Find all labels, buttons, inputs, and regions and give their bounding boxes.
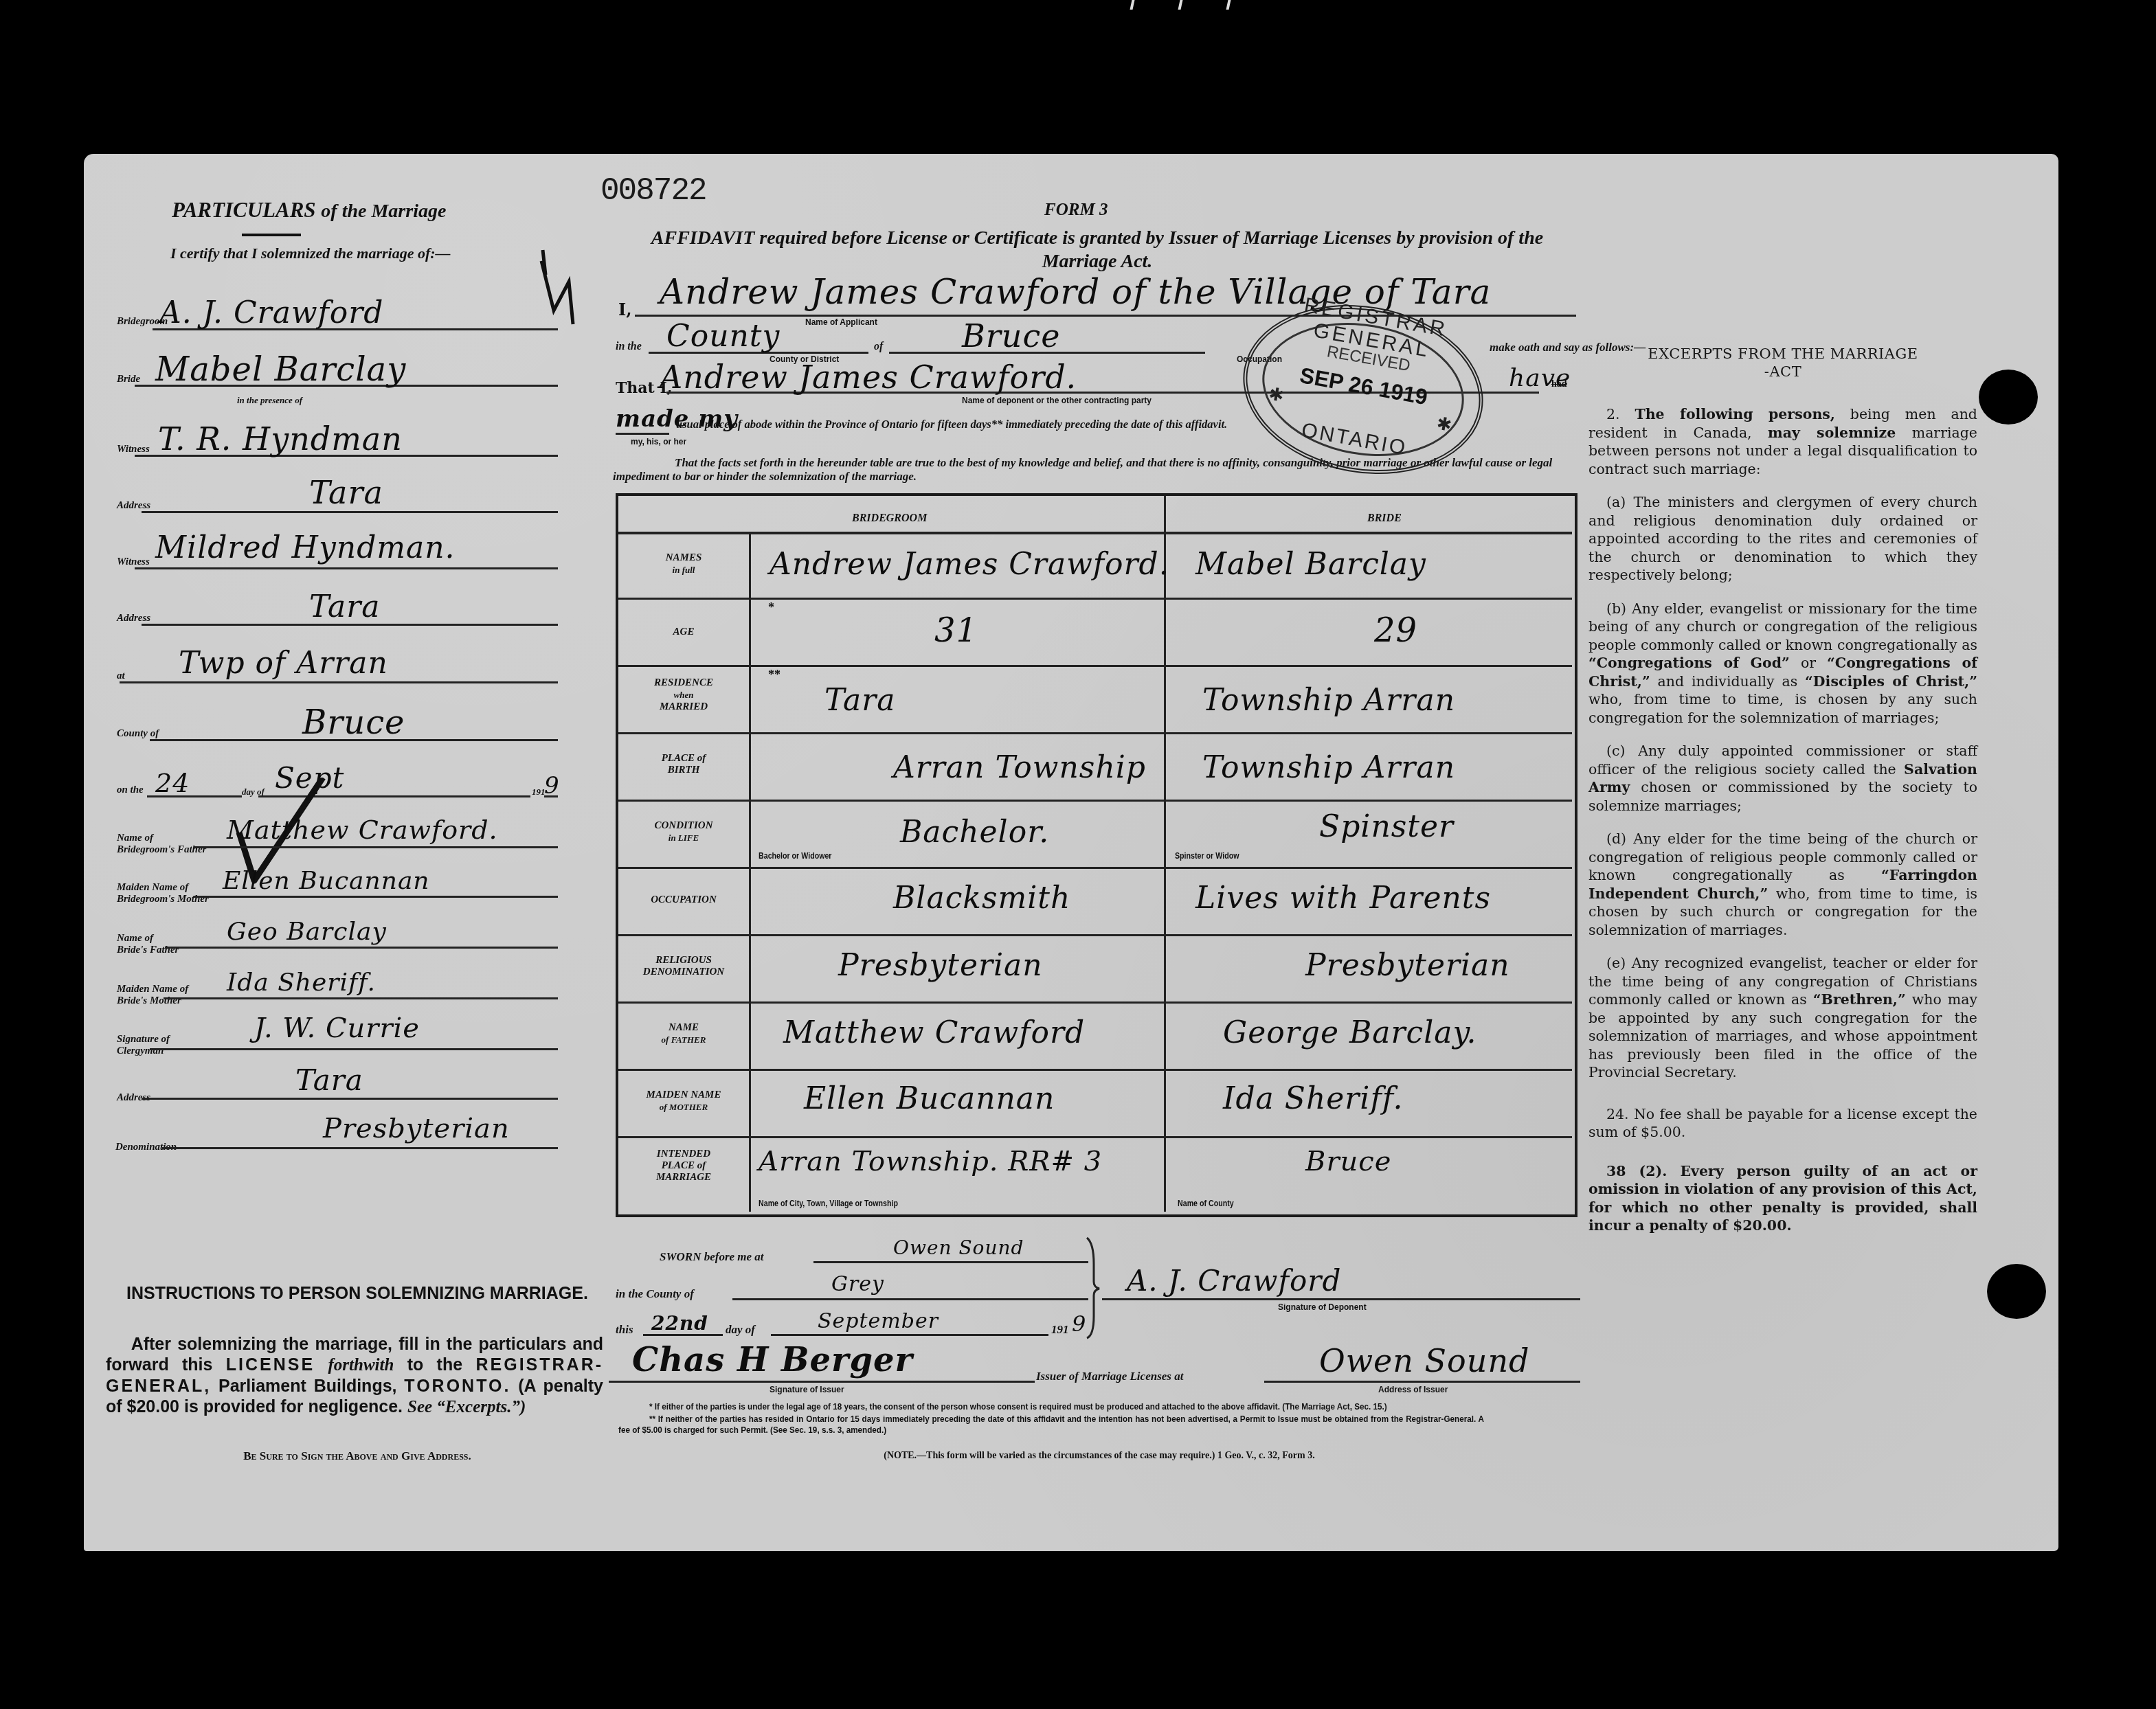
field-line <box>120 681 558 683</box>
spinster-widow-hint: Spinster or Widow <box>1175 850 1239 861</box>
bride-mother-value: Ida Sheriff. <box>227 969 376 997</box>
sworn-county-value: Grey <box>831 1272 884 1296</box>
groom-age: 31 <box>934 611 978 650</box>
bride-column-header: BRIDE <box>1367 512 1402 525</box>
field-line <box>813 1261 1088 1263</box>
sworn-place-value: Owen Sound <box>893 1236 1024 1259</box>
issuer-signature-value: Chas H Berger <box>632 1341 913 1379</box>
field-line <box>732 1298 1088 1300</box>
bride-birthplace: Township Arran <box>1202 750 1455 785</box>
be-sure-note: Be Sure to Sign the Above and Give Addre… <box>103 1449 611 1463</box>
row-label-birthplace: PLACE ofBIRTH <box>618 753 749 776</box>
pen-check-mark <box>533 247 581 330</box>
punch-hole <box>1979 370 2038 425</box>
row-label-condition: CONDITIONin LIFE <box>618 820 749 844</box>
column-divider <box>749 534 751 1212</box>
field-line <box>194 846 558 848</box>
bridegroom-column-header: BRIDEGROOM <box>852 512 927 525</box>
section-38-2: 38 (2). Every person guilty of an act or… <box>1588 1162 1977 1235</box>
bride-father: George Barclay. <box>1223 1015 1476 1050</box>
applicant-label: Name of Applicant <box>805 317 877 327</box>
my-his-her-label: my, his, or her <box>631 437 686 446</box>
bride-occupation: Lives with Parents <box>1195 881 1491 916</box>
row-label-age: AGE <box>618 626 749 638</box>
this-label: this <box>616 1323 633 1337</box>
row-divider <box>618 800 1572 802</box>
header-divider <box>618 532 1572 534</box>
field-line <box>142 1098 558 1100</box>
groom-full-name: Andrew James Crawford. <box>770 547 1169 582</box>
day-of-label: day of <box>726 1323 755 1337</box>
groom-mother-value: Ellen Bucannan <box>223 867 430 895</box>
particulars-title: PARTICULARS of the Marriage <box>172 198 446 223</box>
clergyman-signature-value: J. W. Currie <box>254 1012 420 1044</box>
footnote-residence: ** If neither of the parties has resided… <box>618 1414 1484 1436</box>
deponent-signature-line <box>1102 1298 1580 1300</box>
sworn-day-value: 22nd <box>651 1312 708 1335</box>
field-line <box>165 947 558 949</box>
field-line <box>150 1048 558 1050</box>
instructions-heading: INSTRUCTIONS TO PERSON SOLEMNIZING MARRI… <box>103 1283 611 1304</box>
groom-mother: Ellen Bucannan <box>804 1081 1055 1116</box>
witness-2-address-value: Tara <box>309 589 380 624</box>
serial-number: 008722 <box>600 173 706 209</box>
i-label: I, <box>618 299 632 319</box>
bride-condition: Spinster <box>1319 809 1454 844</box>
groom-condition: Bachelor. <box>900 815 1049 850</box>
on-the-label: on the <box>117 784 144 796</box>
section-2c: (c) Any duly appointed commissioner or s… <box>1588 742 1977 815</box>
witness-2-value: Mildred Hyndman. <box>155 530 456 565</box>
abode-text: usual place of abode within the Province… <box>676 418 1227 431</box>
deponent-value: Andrew James Crawford. <box>660 359 1077 396</box>
form-number: FORM 3 <box>1044 201 1108 220</box>
county-or-district-value: County <box>666 319 780 354</box>
witness-label: Witness <box>117 444 150 455</box>
issuer-at-label: Issuer of Marriage Licenses at <box>1036 1370 1183 1383</box>
groom-religion: Presbyterian <box>838 948 1043 983</box>
bride-age: 29 <box>1374 611 1417 650</box>
county-value: Bruce <box>302 703 405 742</box>
groom-father-label: Name of Bridegroom's Father <box>117 833 206 856</box>
field-line <box>771 1334 1048 1336</box>
year-prefix: 191 <box>532 786 546 797</box>
bride-full-name: Mabel Barclay <box>1195 547 1426 582</box>
residence-footnote-marker: ** <box>768 668 781 682</box>
instructions-text: After solemnizing the marriage, fill in … <box>106 1334 603 1418</box>
section-2: 2. The following persons, being men and … <box>1588 405 1977 478</box>
bride-mother-label: Maiden Name of Bride's Mother <box>117 984 188 1007</box>
section-2a: (a) The ministers and clergymen of every… <box>1588 493 1977 585</box>
row-label-occupation: OCCUPATION <box>618 894 749 906</box>
field-line <box>194 896 558 898</box>
address-label: Address <box>117 613 150 624</box>
county-of-label: in the County of <box>616 1287 694 1301</box>
clergyman-address-value: Tara <box>295 1063 363 1097</box>
section-2b: (b) Any elder, evangelist or missionary … <box>1588 600 1977 727</box>
deponent-label: Name of deponent or the other contractin… <box>962 396 1152 405</box>
bride-mother: Ida Sheriff. <box>1223 1081 1403 1116</box>
particulars-table: BRIDEGROOM BRIDE NAMESin full Andrew Jam… <box>616 493 1577 1217</box>
affidavit-heading: AFFIDAVIT required before License or Cer… <box>613 227 1582 273</box>
sworn-label: SWORN before me at <box>660 1250 764 1264</box>
witness-1-value: T. R. Hyndman <box>158 420 403 457</box>
bridegroom-value: A. J. Crawford <box>159 295 384 330</box>
intended-place-town: Arran Township. RR# 3 <box>759 1146 1102 1177</box>
groom-residence: Tara <box>824 683 895 718</box>
groom-birthplace: Arran Township <box>893 750 1146 785</box>
row-divider <box>618 732 1572 734</box>
marriage-act-excerpts: EXCERPTS FROM THE MARRIAGE-ACT 2. The fo… <box>1588 345 1977 1250</box>
section-24: 24. No fee shall be payable for a licens… <box>1588 1105 1977 1142</box>
bachelor-widower-hint: Bachelor or Widower <box>759 850 832 861</box>
row-label-father: NAMEof FATHER <box>618 1022 749 1046</box>
bride-religion: Presbyterian <box>1305 948 1510 983</box>
excerpts-heading: EXCERPTS FROM THE MARRIAGE-ACT <box>1588 345 1977 381</box>
row-label-names: NAMESin full <box>618 552 749 576</box>
title-underline <box>242 234 301 236</box>
deponent-signature-label: Signature of Deponent <box>1278 1302 1367 1312</box>
film-mark <box>1178 0 1183 10</box>
row-divider <box>618 665 1572 667</box>
row-divider <box>618 867 1572 869</box>
county-hint: Name of County <box>1178 1198 1234 1208</box>
footnotes: * If either of the parties is under the … <box>618 1401 1484 1437</box>
form-note: (NOTE.—This form will be varied as the c… <box>618 1451 1580 1462</box>
place-value: Twp of Arran <box>179 646 388 681</box>
field-line <box>142 511 558 513</box>
marriage-year-suffix: 9 <box>544 772 560 800</box>
row-divider <box>618 1136 1572 1138</box>
row-divider <box>618 598 1572 600</box>
bracket <box>1084 1236 1101 1339</box>
section-2d: (d) Any elder for the time being of the … <box>1588 830 1977 939</box>
footnote-age: * If either of the parties is under the … <box>618 1401 1484 1412</box>
in-the-label: in the <box>616 341 642 353</box>
bride-residence: Township Arran <box>1202 683 1455 718</box>
row-divider <box>618 934 1572 936</box>
age-footnote-marker: * <box>768 600 774 615</box>
column-divider <box>1164 496 1166 1212</box>
row-divider <box>618 1001 1572 1004</box>
film-mark <box>1130 0 1135 10</box>
sworn-month-value: September <box>818 1309 939 1333</box>
field-line <box>616 433 669 435</box>
row-label-intended-place: INTENDEDPLACE ofMARRIAGE <box>618 1148 749 1184</box>
witness-label: Witness <box>117 556 150 568</box>
bride-father-label: Name of Bride's Father <box>117 933 179 956</box>
county-name-value: Bruce <box>962 317 1060 354</box>
issuer-address-label: Address of Issuer <box>1378 1385 1448 1394</box>
in-presence-label: in the presence of <box>237 394 302 406</box>
denomination-value: Presbyterian <box>323 1113 510 1144</box>
field-line <box>164 997 558 999</box>
sworn-year-prefix: 191 <box>1051 1323 1069 1337</box>
of-label: of <box>874 341 883 353</box>
certify-text: I certify that I solemnized the marriage… <box>170 245 451 262</box>
address-label: Address <box>117 500 150 512</box>
bride-label: Bride <box>117 374 140 385</box>
groom-father: Matthew Crawford <box>783 1015 1085 1050</box>
at-label: at <box>117 670 125 682</box>
star-icon: ✱ <box>1435 414 1453 436</box>
bride-father-value: Geo Barclay <box>227 918 387 946</box>
bride-value: Mabel Barclay <box>155 350 406 389</box>
issuer-address-line <box>1264 1381 1580 1383</box>
row-label-residence: RESIDENCEwhenMARRIED <box>618 677 749 713</box>
groom-father-value: Matthew Crawford. <box>227 815 498 845</box>
field-line <box>135 567 558 569</box>
groom-mother-label: Maiden Name of Bridegroom's Mother <box>117 882 209 905</box>
county-label: County of <box>117 728 159 740</box>
clergyman-signature-label: Signature of Clergyman <box>117 1034 170 1057</box>
intended-place-county: Bruce <box>1305 1146 1391 1177</box>
film-mark <box>1226 0 1231 10</box>
had-label: had <box>1551 379 1567 390</box>
issuer-signature-label: Signature of Issuer <box>770 1385 844 1394</box>
punch-hole <box>1987 1264 2046 1319</box>
city-town-hint: Name of City, Town, Village or Township <box>759 1198 898 1208</box>
issuer-address-value: Owen Sound <box>1319 1342 1529 1379</box>
groom-occupation: Blacksmith <box>893 881 1070 916</box>
row-label-religion: RELIGIOUSDENOMINATION <box>618 955 749 978</box>
row-divider <box>618 1069 1572 1071</box>
deponent-signature-value: A. J. Crawford <box>1127 1264 1341 1298</box>
field-line <box>162 1147 558 1149</box>
row-label-mother: MAIDEN NAMEof MOTHER <box>618 1089 749 1113</box>
section-2e: (e) Any recognized evangelist, teacher o… <box>1588 954 1977 1082</box>
marriage-day-value: 24 <box>155 768 190 798</box>
witness-1-address-value: Tara <box>309 474 383 511</box>
issuer-signature-line <box>609 1381 1035 1383</box>
